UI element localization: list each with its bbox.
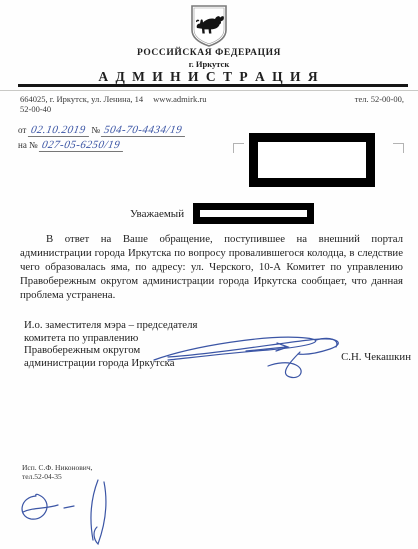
handwritten-incoming-number: 027-05-6250/19: [39, 139, 125, 152]
reply-to-label: на №: [18, 140, 38, 150]
address-field-corner-mark-left: [233, 143, 244, 153]
postal-address: 664025, г. Иркутск, ул. Ленина, 14: [20, 94, 143, 104]
handwritten-outgoing-number: 504-70-4434/19: [101, 124, 187, 137]
address-field-corner-mark-right: [393, 143, 404, 153]
salutation-line: Уважаемый: [130, 203, 314, 224]
signatory-name: С.Н. Чекашкин: [341, 351, 411, 363]
from-label: от: [18, 125, 26, 135]
header-rule-thick: [18, 84, 408, 87]
coat-of-arms: [0, 4, 418, 48]
incoming-reference-line: на № 027-05-6250/19: [18, 139, 124, 152]
header-city: г. Иркутск: [0, 59, 418, 69]
letterhead-contact-row: 664025, г. Иркутск, ул. Ленина, 14www.ad…: [20, 94, 404, 104]
handwritten-initials-scribble: [12, 476, 124, 546]
irkutsk-babr-emblem-icon: [186, 4, 232, 48]
number-label: №: [91, 125, 100, 135]
website: www.admirk.ru: [153, 94, 206, 104]
body-paragraph: В ответ на Ваше обращение, поступившее н…: [20, 232, 403, 302]
handwritten-signature: [148, 330, 353, 382]
scanned-letter-page: РОССИЙСКАЯ ФЕДЕРАЦИЯ г. Иркутск А Д М И …: [0, 0, 418, 549]
letterhead-phone: тел. 52-00-00,: [355, 94, 404, 104]
letterhead-phone-line2: 52-00-40: [20, 104, 51, 114]
recipient-name-redaction-box: [193, 203, 314, 224]
recipient-address-redaction-box: [249, 133, 375, 187]
header-organization: А Д М И Н И С Т Р А Ц И Я: [0, 69, 418, 85]
handwritten-date: 02.10.2019: [27, 124, 90, 137]
letterhead-address: 664025, г. Иркутск, ул. Ленина, 14www.ad…: [20, 94, 216, 104]
outgoing-reference-line: от 02.10.2019 № 504-70-4434/19: [18, 124, 186, 137]
salutation-text: Уважаемый: [130, 208, 184, 220]
header-country: РОССИЙСКАЯ ФЕДЕРАЦИЯ: [0, 48, 418, 58]
header-rule-thin: [0, 90, 418, 91]
